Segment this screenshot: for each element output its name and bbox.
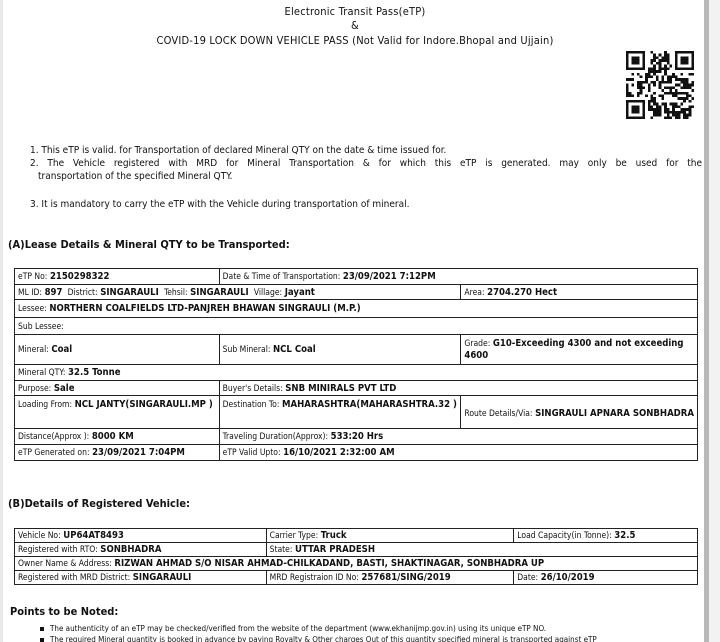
lessee: NORTHERN COALFIELDS LTD-PANJREH BHAWAN S… — [49, 303, 360, 314]
mrd-reg-id: 257681/SING/2019 — [361, 572, 450, 583]
route-cell: Route Details/Via: SINGRAULI APNARA SONB… — [461, 396, 698, 429]
generated-on: 23/09/2021 7:04PM — [92, 447, 185, 458]
mineral-qty: 32.5 Tonne — [68, 367, 120, 378]
grade-cell: Grade: G10-Exceeding 4300 and not exceed… — [461, 335, 698, 365]
loading-from: NCL JANTY(SINGARAULI.MP ) — [75, 399, 213, 410]
vehicle-details-table: Vehicle No: UP64AT8493 Carrier Type: Tru… — [14, 528, 698, 585]
etp-no: 2150298322 — [50, 271, 109, 282]
carrier-type: Truck — [321, 530, 347, 541]
valid-upto-cell: eTP Valid Upto: 16/10/2021 2:32:00 AM — [219, 445, 697, 461]
notes-heading: Points to be Noted: — [10, 605, 118, 618]
qr-code-icon — [626, 51, 694, 119]
purpose: Sale — [54, 383, 75, 394]
mineral-cell: Mineral: Coal — [15, 335, 220, 365]
buyer: SNB MINIRALS PVT LTD — [285, 383, 396, 394]
owner-cell: Owner Name & Address: RIZWAN AHMAD S/O N… — [15, 557, 698, 571]
note-item: The required Mineral quantity is booked … — [40, 635, 597, 642]
owner: RIZWAN AHMAD S/O NISAR AHMAD-CHILKADAND,… — [114, 558, 544, 569]
carrier-type-cell: Carrier Type: Truck — [266, 529, 514, 543]
buyer-cell: Buyer's Details: SNB MINIRALS PVT LTD — [219, 381, 697, 396]
scroll-gutter — [709, 0, 720, 642]
bullet-icon — [40, 627, 44, 631]
vehicle-no: UP64AT8493 — [63, 530, 124, 541]
title-ampersand: & — [0, 19, 710, 32]
note-item: The authenticity of an eTP may be checke… — [40, 624, 546, 633]
mrd-district: SINGARAULI — [133, 572, 192, 583]
load-capacity: 32.5 — [614, 530, 635, 541]
village: Jayant — [285, 287, 315, 298]
lease-details-table: eTP No: 2150298322 Date & Time of Transp… — [14, 268, 698, 461]
mrd-district-cell: Registered with MRD District: SINGARAULI — [15, 571, 267, 585]
instruction-2: 2. The Vehicle registered with MRD for M… — [30, 158, 702, 170]
state: UTTAR PRADESH — [295, 544, 375, 555]
destination: MAHARASHTRA(MAHARASHTRA.32 ) — [282, 399, 457, 410]
duration-cell: Traveling Duration(Approx): 533:20 Hrs — [219, 429, 697, 445]
tehsil: SINGARAULI — [190, 287, 249, 298]
reg-date: 26/10/2019 — [541, 572, 595, 583]
duration: 533:20 Hrs — [331, 431, 384, 442]
load-capacity-cell: Load Capacity(in Tonne): 32.5 — [514, 529, 698, 543]
mineral: Coal — [51, 344, 72, 355]
vehicle-no-cell: Vehicle No: UP64AT8493 — [15, 529, 267, 543]
mineral-qty-cell: Mineral QTY: 32.5 Tonne — [15, 365, 698, 381]
bullet-icon — [40, 638, 44, 642]
section-b-heading: (B)Details of Registered Vehicle: — [8, 497, 190, 510]
document-title: Electronic Transit Pass(eTP) — [0, 5, 710, 18]
etp-no-cell: eTP No: 2150298322 — [15, 269, 220, 285]
state-cell: State: UTTAR PRADESH — [266, 543, 697, 557]
route: SINGRAULI APNARA SONBHADRA — [535, 408, 694, 419]
sub-lessee-cell: Sub Lessee: — [15, 318, 698, 335]
instruction-3: 3. It is mandatory to carry the eTP with… — [30, 199, 409, 211]
instruction-1: 1. This eTP is valid. for Transportation… — [30, 145, 700, 157]
page-edge — [0, 0, 3, 642]
rto-cell: Registered with RTO: SONBHADRA — [15, 543, 267, 557]
sub-mineral-cell: Sub Mineral: NCL Coal — [219, 335, 461, 365]
area-cell: Area: 2704.270 Hect — [461, 285, 698, 300]
ml-details-cell: ML ID: 897 District: SINGARAULI Tehsil: … — [15, 285, 461, 300]
distance: 8000 KM — [92, 431, 134, 442]
sub-mineral: NCL Coal — [273, 344, 316, 355]
reg-date-cell: Date: 26/10/2019 — [514, 571, 698, 585]
document-subtitle: COVID-19 LOCK DOWN VEHICLE PASS (Not Val… — [0, 34, 710, 47]
loading-from-cell: Loading From: NCL JANTY(SINGARAULI.MP ) — [15, 396, 220, 429]
valid-upto: 16/10/2021 2:32:00 AM — [283, 447, 394, 458]
etp-document: Electronic Transit Pass(eTP) & COVID-19 … — [0, 0, 710, 642]
area: 2704.270 Hect — [487, 287, 557, 298]
mrd-reg-id-cell: MRD Registraion ID No: 257681/SING/2019 — [266, 571, 514, 585]
instruction-2-cont: transportation of the specified Mineral … — [38, 171, 232, 183]
distance-cell: Distance(Approx ): 8000 KM — [15, 429, 220, 445]
generated-on-cell: eTP Generated on: 23/09/2021 7:04PM — [15, 445, 220, 461]
rto: SONBHADRA — [100, 544, 161, 555]
section-a-heading: (A)Lease Details & Mineral QTY to be Tra… — [8, 238, 290, 251]
date-time-cell: Date & Time of Transportation: 23/09/202… — [219, 269, 697, 285]
destination-cell: Destination To: MAHARASHTRA(MAHARASHTRA.… — [219, 396, 461, 429]
purpose-cell: Purpose: Sale — [15, 381, 220, 396]
transport-datetime: 23/09/2021 7:12PM — [343, 271, 436, 282]
ml-id: 897 — [45, 287, 63, 298]
lessee-cell: Lessee: NORTHERN COALFIELDS LTD-PANJREH … — [15, 300, 698, 318]
district: SINGARAULI — [100, 287, 159, 298]
grade: G10-Exceeding 4300 and not exceeding 460… — [464, 338, 683, 361]
